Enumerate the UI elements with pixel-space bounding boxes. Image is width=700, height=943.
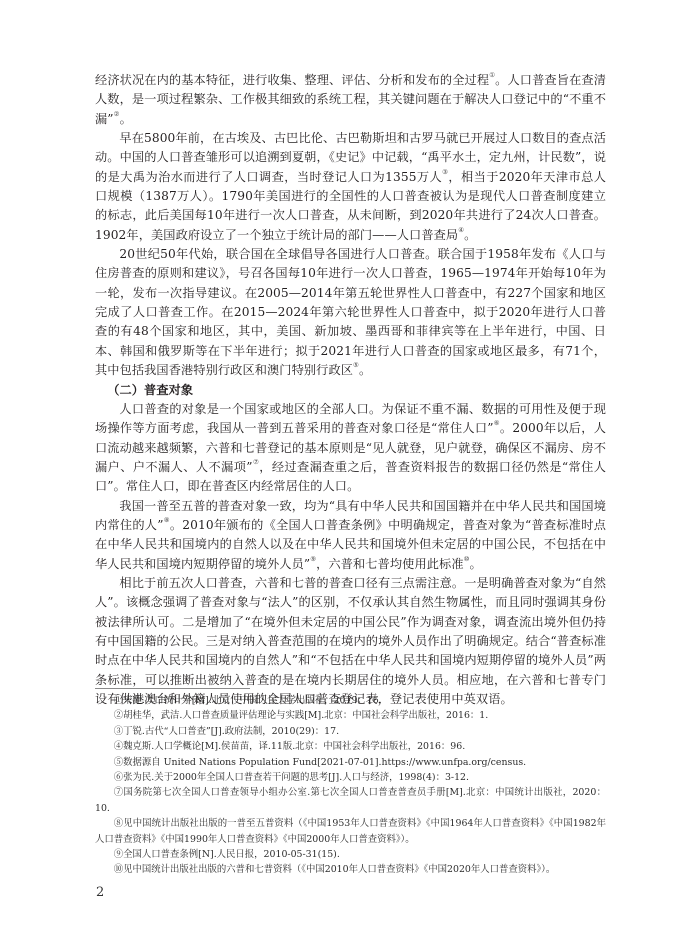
footnote-marker[interactable]: ① [489, 71, 495, 79]
paragraph: 人口普查的对象是一个国家或地区的全部人口。为保证不重不漏、数据的可用性及便于现场… [95, 400, 606, 497]
footnote-marker[interactable]: ⑧ [164, 516, 170, 524]
footnote-item: ⑧见中国统计出版社出版的一普至五普资料（《中国1953年人口普查资料》《中国19… [95, 816, 606, 847]
footnote-item: ⑥张为民.关于2000年全国人口普查若干问题的思考[J].人口与经济，1998(… [95, 770, 606, 785]
footnote-marker[interactable]: ⑤ [353, 361, 359, 369]
page-number: 2 [96, 885, 104, 900]
paragraph: 早在5800年前，在古埃及、古巴比伦、古巴勒斯坦和古罗马就已开展过人口数目的查点… [95, 129, 606, 245]
paragraph: 相比于前五次人口普查，六普和七普的普查口径有三点需注意。一是明确普查对象为“自然… [95, 574, 606, 709]
paragraph: 我国一普至五普的普查对象一致，均为“具有中华人民共和国国籍并在中华人民共和国国境… [95, 497, 606, 574]
footnote-marker[interactable]: ④ [458, 226, 464, 234]
paragraph: 经济状况在内的基本特征，进行收集、整理、评估、分析和发布的全过程①。人口普查旨在… [95, 71, 606, 129]
intro-paragraphs: 经济状况在内的基本特征，进行收集、整理、评估、分析和发布的全过程①。人口普查旨在… [95, 71, 606, 381]
footnote-marker[interactable]: ② [114, 110, 120, 118]
footnote-item: ④魏克斯.人口学概论[M].侯苗苗，译.11版.北京：中国社会科学出版社，201… [95, 739, 606, 754]
footnote-item: ③丁锐.古代“人口普查”[J].政府法制，2010(29)：17. [95, 724, 606, 739]
paragraph: 20世纪50年代始，联合国在全球倡导各国进行人口普查。联合国于1958年发布《人… [95, 245, 606, 380]
footnote-item: ②胡桂华，武洁.人口普查质量评估理论与实践[M].北京：中国社会科学出版社，20… [95, 708, 606, 723]
section-paragraphs: 人口普查的对象是一个国家或地区的全部人口。为保证不重不漏、数据的可用性及便于现场… [95, 400, 606, 710]
footnote-marker[interactable]: ⑩ [464, 555, 470, 563]
footnote-item: ①宋健.人口统计学[M].北京：中国人民大学出版社，2019：16. [95, 693, 606, 708]
footnotes: ①宋健.人口统计学[M].北京：中国人民大学出版社，2019：16.②胡桂华，武… [95, 693, 606, 878]
footnote-marker[interactable]: ③ [442, 168, 448, 176]
footnote-item: ⑦国务院第七次全国人口普查领导小组办公室.第七次全国人口普查普查员手册[M].北… [95, 785, 606, 816]
section-heading: （二）普查对象 [95, 381, 606, 400]
footnote-divider [95, 688, 250, 689]
body-text: 经济状况在内的基本特征，进行收集、整理、评估、分析和发布的全过程①。人口普查旨在… [95, 71, 606, 709]
footnote-item: ⑨全国人口普查条例[N].人民日报，2010-05-31(15). [95, 847, 606, 862]
footnote-marker[interactable]: ⑥ [494, 419, 500, 427]
footnote-marker[interactable]: ⑨ [310, 555, 316, 563]
document-page: 经济状况在内的基本特征，进行收集、整理、评估、分析和发布的全过程①。人口普查旨在… [95, 71, 606, 709]
footnote-item: ⑤数据源自 United Nations Population Fund[202… [95, 755, 606, 770]
footnote-marker[interactable]: ⑦ [253, 458, 260, 466]
footnote-item: ⑩见中国统计出版社出版的六普和七普资料（《中国2010年人口普查资料》《中国20… [95, 862, 606, 877]
